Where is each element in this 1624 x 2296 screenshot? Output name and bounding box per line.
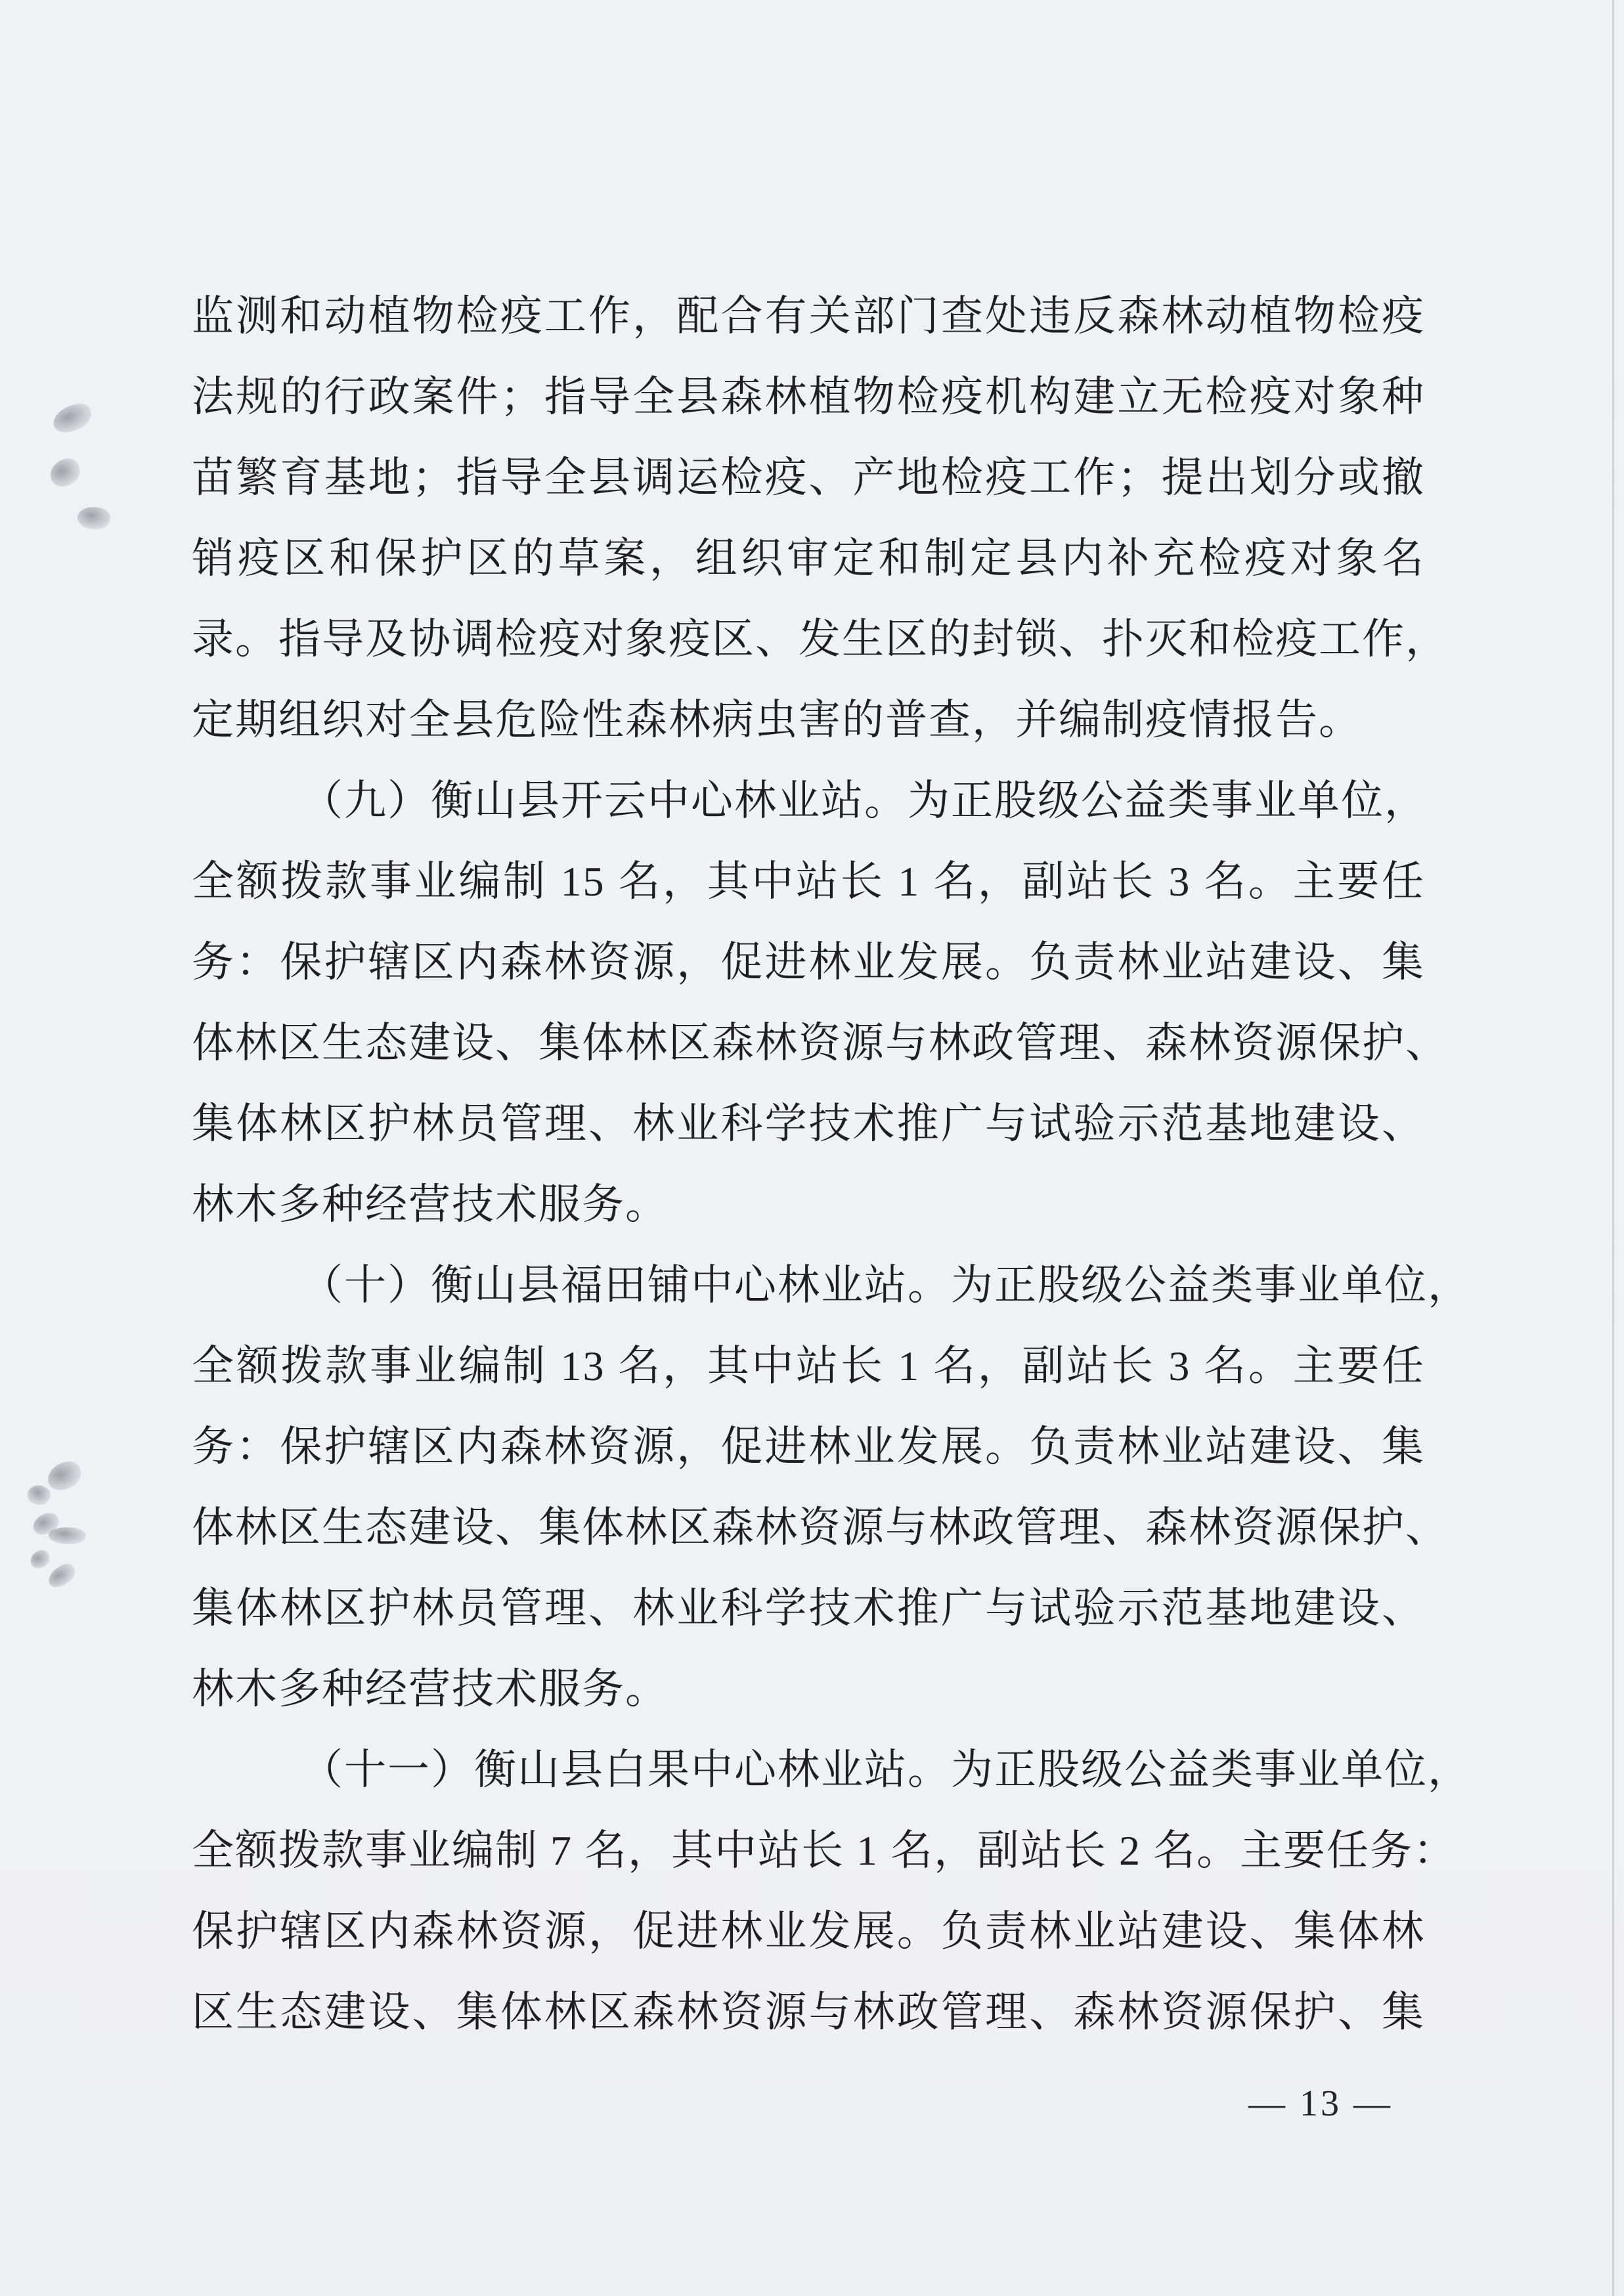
scan-smudge bbox=[47, 456, 83, 490]
scan-smudge bbox=[28, 1548, 53, 1570]
scan-smudge bbox=[50, 401, 95, 437]
text-line: 销疫区和保护区的草案，组织审定和制定县内补充检疫对象名 bbox=[192, 518, 1425, 599]
text-line: 苗繁育基地；指导全县调运检疫、产地检疫工作；提出划分或撤 bbox=[192, 437, 1425, 518]
text-line: 全额拨款事业编制 7 名，其中站长 1 名，副站长 2 名。主要任务： bbox=[192, 1810, 1425, 1891]
text-line: 集体林区护林员管理、林业科学技术推广与试验示范基地建设、 bbox=[192, 1083, 1425, 1164]
scan-smudge bbox=[24, 1481, 53, 1509]
text-line: 定期组织对全县危险性森林病虫害的普查，并编制疫情报告。 bbox=[192, 680, 1425, 760]
text-line: 录。指导及协调检疫对象疫区、发生区的封锁、扑灭和检疫工作， bbox=[192, 599, 1425, 680]
text-line: 集体林区护林员管理、林业科学技术推广与试验示范基地建设、 bbox=[192, 1568, 1425, 1649]
text-line: 全额拨款事业编制 13 名，其中站长 1 名，副站长 3 名。主要任 bbox=[192, 1326, 1425, 1406]
text-line: 保护辖区内森林资源，促进林业发展。负责林业站建设、集体林 bbox=[192, 1891, 1425, 1972]
text-line: 法规的行政案件；指导全县森林植物检疫机构建立无检疫对象种 bbox=[192, 357, 1425, 437]
text-line: 体林区生态建设、集体林区森林资源与林政管理、森林资源保护、 bbox=[192, 1487, 1425, 1568]
text-line: 务：保护辖区内森林资源，促进林业发展。负责林业站建设、集 bbox=[192, 922, 1425, 1003]
text-line: 林木多种经营技术服务。 bbox=[192, 1649, 1425, 1729]
text-line: 务：保护辖区内森林资源，促进林业发展。负责林业站建设、集 bbox=[192, 1406, 1425, 1487]
scan-smudge bbox=[76, 504, 112, 532]
scan-edge-artifact bbox=[1612, 0, 1614, 2296]
scan-smudge bbox=[45, 1561, 79, 1591]
text-line: 全额拨款事业编制 15 名，其中站长 1 名，副站长 3 名。主要任 bbox=[192, 841, 1425, 922]
page-number: — 13 — bbox=[1248, 2083, 1393, 2125]
document-body: 监测和动植物检疫工作，配合有关部门查处违反森林动植物检疫 法规的行政案件；指导全… bbox=[192, 276, 1425, 2052]
text-line: （十一）衡山县白果中心林业站。为正股级公益类事业单位， bbox=[192, 1729, 1425, 1810]
scan-smudge bbox=[44, 1458, 85, 1494]
text-line: 林木多种经营技术服务。 bbox=[192, 1164, 1425, 1245]
text-line: （十）衡山县福田铺中心林业站。为正股级公益类事业单位， bbox=[192, 1245, 1425, 1326]
text-line: （九）衡山县开云中心林业站。为正股级公益类事业单位， bbox=[192, 760, 1425, 841]
text-line: 监测和动植物检疫工作，配合有关部门查处违反森林动植物检疫 bbox=[192, 276, 1425, 357]
document-page: { "doc": { "page_number": "— 13 —", "lin… bbox=[0, 0, 1624, 2296]
text-line: 体林区生态建设、集体林区森林资源与林政管理、森林资源保护、 bbox=[192, 1003, 1425, 1083]
text-line: 区生态建设、集体林区森林资源与林政管理、森林资源保护、集 bbox=[192, 1972, 1425, 2052]
